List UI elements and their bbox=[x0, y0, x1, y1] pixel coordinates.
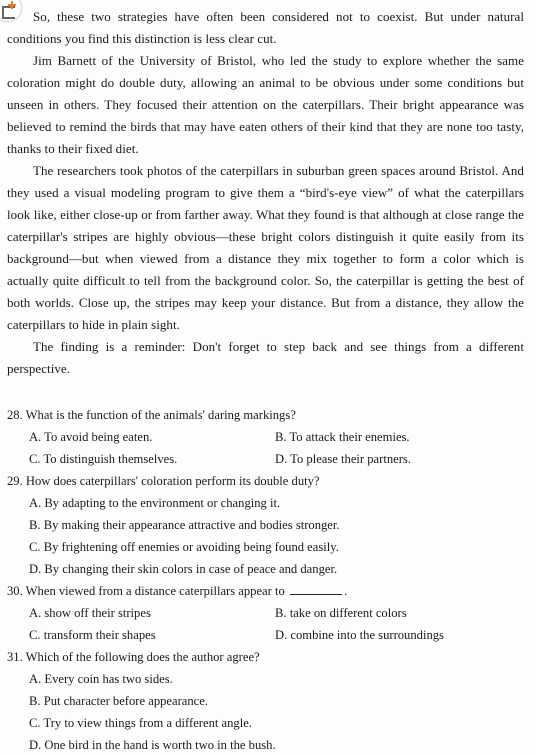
question-stem: 28. What is the function of the animals'… bbox=[7, 404, 524, 426]
question-number: 31. bbox=[7, 650, 23, 664]
question-number: 30. bbox=[7, 584, 23, 598]
question-text: How does caterpillars' coloration perfor… bbox=[26, 474, 320, 488]
option-b[interactable]: B. take on different colors bbox=[275, 602, 525, 624]
question-29: 29. How does caterpillars' coloration pe… bbox=[7, 470, 524, 580]
option-c[interactable]: C. transform their shapes bbox=[29, 624, 275, 646]
question-stem: 29. How does caterpillars' coloration pe… bbox=[7, 470, 524, 492]
option-d[interactable]: D. By changing their skin colors in case… bbox=[29, 558, 524, 580]
question-text: When viewed from a distance caterpillars… bbox=[26, 584, 285, 598]
answer-blank[interactable] bbox=[290, 582, 342, 595]
option-c[interactable]: C. To distinguish themselves. bbox=[29, 448, 275, 470]
option-d[interactable]: D. One bird in the hand is worth two in … bbox=[29, 734, 524, 755]
option-c[interactable]: C. By frightening off enemies or avoidin… bbox=[29, 536, 524, 558]
question-30: 30. When viewed from a distance caterpil… bbox=[7, 580, 524, 646]
question-number: 29. bbox=[7, 474, 23, 488]
reading-passage: So, these two strategies have often been… bbox=[7, 6, 524, 380]
options: A. To avoid being eaten. B. To attack th… bbox=[7, 426, 524, 470]
options: A. By adapting to the environment or cha… bbox=[7, 492, 524, 580]
option-d[interactable]: D. To please their partners. bbox=[275, 448, 525, 470]
question-list: 28. What is the function of the animals'… bbox=[7, 404, 524, 755]
options: A. Every coin has two sides. B. Put char… bbox=[7, 668, 524, 755]
option-b[interactable]: B. To attack their enemies. bbox=[275, 426, 525, 448]
question-28: 28. What is the function of the animals'… bbox=[7, 404, 524, 470]
question-text: What is the function of the animals' dar… bbox=[26, 408, 296, 422]
option-a[interactable]: A. Every coin has two sides. bbox=[29, 668, 524, 690]
passage-paragraph-4: The finding is a reminder: Don't forget … bbox=[7, 336, 524, 380]
option-d[interactable]: D. combine into the surroundings bbox=[275, 624, 525, 646]
passage-paragraph-3: The researchers took photos of the cater… bbox=[7, 160, 524, 336]
passage-paragraph-1: So, these two strategies have often been… bbox=[7, 6, 524, 50]
passage-paragraph-2: Jim Barnett of the University of Bristol… bbox=[7, 50, 524, 160]
question-stem: 31. Which of the following does the auth… bbox=[7, 646, 524, 668]
option-b[interactable]: B. Put character before appearance. bbox=[29, 690, 524, 712]
option-a[interactable]: A. By adapting to the environment or cha… bbox=[29, 492, 524, 514]
question-31: 31. Which of the following does the auth… bbox=[7, 646, 524, 755]
question-stem-end: . bbox=[344, 584, 347, 598]
option-a[interactable]: A. To avoid being eaten. bbox=[29, 426, 275, 448]
option-a[interactable]: A. show off their stripes bbox=[29, 602, 275, 624]
option-b[interactable]: B. By making their appearance attractive… bbox=[29, 514, 524, 536]
options: A. show off their stripes B. take on dif… bbox=[7, 602, 524, 646]
question-text: Which of the following does the author a… bbox=[26, 650, 260, 664]
question-number: 28. bbox=[7, 408, 23, 422]
question-stem: 30. When viewed from a distance caterpil… bbox=[7, 580, 524, 602]
option-c[interactable]: C. Try to view things from a different a… bbox=[29, 712, 524, 734]
